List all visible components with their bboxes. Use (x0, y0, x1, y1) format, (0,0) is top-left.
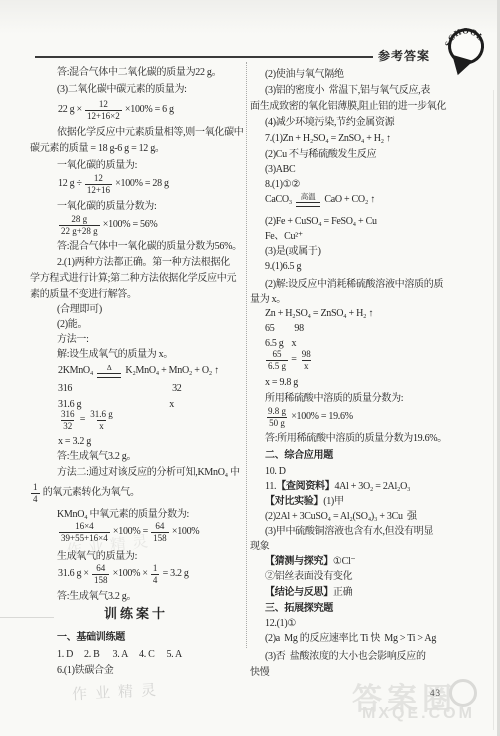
answer-line: 所用稀硫酸中溶质的质量分数为: (265, 393, 403, 406)
text-run: 【猜测与探究】 (265, 556, 333, 569)
answer-line: 一氧化碳的质量分数为: (57, 201, 156, 214)
answer-line: 6.(1)铁碳合金 (57, 665, 113, 678)
text-run: 三、拓展探究题 (265, 603, 333, 616)
spacer (154, 655, 166, 656)
text-run: (2)2Al + 3CuSO₄ = Al₂(SO₄)₃ + 3Cu 强 (265, 511, 417, 524)
text-run: 5. A (166, 649, 181, 662)
answer-line: (合理即可) (57, 304, 102, 317)
text-run: 学方程式进行计算;第二种方法依据化学反应中元 (30, 273, 236, 286)
answer-line: ②铝丝表面没有变化 (265, 571, 352, 584)
text-run: 现象 (250, 541, 269, 554)
answer-line: CaCO₃ 高温 CaO + CO₂ ↑ (265, 193, 375, 207)
text-run: 【对比实验】 (265, 496, 323, 509)
text-run: (2)a Mg 的反应速率比 Ti 快 Mg > Ti > Ag (265, 633, 436, 646)
section-heading: 三、拓展探究题 (265, 603, 333, 616)
text-run: (2)Fe + CuSO₄ = FeSO₄ + Cu (265, 216, 377, 229)
answer-line: 31632 = 31.6 gx (58, 409, 116, 432)
text-run: ×100% = 56% (101, 219, 158, 232)
fraction: 98x (300, 349, 313, 372)
answer-line: 9.8 g50 g ×100% = 19.6% (265, 406, 353, 429)
text-run: 正确 (333, 587, 352, 600)
text-run: ×100% × (110, 568, 149, 581)
answer-line: 碳元素的质量 = 18 g-6 g = 12 g。 (30, 143, 165, 156)
section-heading: 一、基础训练题 (57, 632, 125, 645)
text-run: (3)ABC (265, 164, 295, 177)
text-run: 依据化学反应中元素质量相等,则一氧化碳中 (57, 127, 244, 140)
text-run: 2KMnO₄ (58, 365, 95, 378)
text-run: 答:生成氧气3.2 g。 (57, 451, 136, 464)
text-run: 4. C (139, 649, 154, 662)
text-run: 316 (58, 383, 72, 396)
text-run: K₂MnO₄ + MnO₂ + O₂ ↑ (123, 365, 219, 378)
fraction: 656.5 g (266, 349, 288, 372)
page-edge-line (493, 90, 494, 730)
fraction: 31632 (59, 409, 77, 432)
answer-line: (3)甲中硫酸铜溶液也含有水,但没有明显 (265, 526, 433, 539)
text-run: 量为 x。 (250, 294, 286, 307)
text-run: 12 g ÷ (58, 178, 84, 191)
text-run: (2)解:设反应中消耗稀硫酸溶液中溶质的质 (265, 279, 443, 292)
text-run: 4Al + 3O₂ = 2Al₂O₃ (334, 481, 410, 494)
spacer (72, 389, 172, 390)
text-run: 22 g × (58, 104, 84, 117)
fraction: 64158 (92, 563, 110, 586)
answer-line: (2)能。 (57, 319, 87, 332)
text-run: (3)是(或属于) (265, 246, 321, 259)
spacer (100, 655, 113, 656)
answer-line: 【对比实验】(1)甲 (265, 496, 344, 509)
answer-line: Fe、Cu²⁺ (265, 231, 303, 244)
answer-line: 9.(1)6.5 g (265, 261, 301, 274)
answer-line: x = 3.2 g (58, 436, 91, 449)
text-run: (3)否 盐酸浓度的大小也会影响反应的 (265, 651, 426, 664)
answer-line: 14 的氧元素转化为氧气。 (30, 482, 140, 505)
text-run: (3)二氧化碳中碳元素的质量为: (57, 84, 187, 97)
text-run: x = 9.8 g (265, 377, 298, 390)
text-run: 素的质量不变进行解答。 (30, 289, 137, 302)
text-run: 9.(1)6.5 g (265, 261, 301, 274)
reaction-condition: 高温 (296, 193, 320, 207)
answer-line: 答:生成氧气3.2 g。 (57, 451, 136, 464)
text-run: 的氧元素转化为氧气。 (41, 487, 140, 500)
answer-line: 【结论与反思】正确 (265, 587, 352, 600)
fraction: 14 (31, 482, 40, 505)
answer-line: (2)Cu 不与稀硫酸发生反应 (265, 149, 376, 162)
answer-line: 快慢 (250, 667, 269, 680)
answer-line: 答:混合气体中一氧化碳的质量分数为56%。 (57, 241, 242, 254)
text-run: 12.(1)① (265, 618, 296, 631)
text-run: (2)能。 (57, 319, 87, 332)
answer-line: 答:生成氧气3.2 g。 (57, 591, 136, 604)
answer-line: 7.(1)Zn + H₂SO₄ = ZnSO₄ + H₂ ↑ (265, 133, 391, 146)
text-run: ×100% = 19.6% (289, 411, 353, 424)
answer-line: (4)减少环境污染,节约金属资源 (265, 117, 394, 130)
text-run: 答:所用稀硫酸中溶质的质量分数为19.6%。 (265, 433, 447, 446)
answer-line: KMnO₄ 中氧元素的质量分数为: (57, 509, 189, 522)
answer-line: (3)二氧化碳中碳元素的质量为: (57, 84, 187, 97)
answer-line: (2)解:设反应中消耗稀硫酸溶液中溶质的质 (265, 279, 443, 292)
text-run: (1)甲 (323, 496, 343, 509)
answer-line: 解:设生成氧气的质量为 x。 (57, 349, 173, 362)
answer-line: (3)ABC (265, 164, 295, 177)
fraction: 14 (151, 563, 160, 586)
answer-line: Zn + H₂SO₄ = ZnSO₄ + H₂ ↑ (265, 308, 373, 321)
text-run: (2)使油与氧气隔绝 (265, 69, 344, 82)
text-run: CaCO₃ (265, 194, 294, 207)
answer-line: (3)铝的密度小 常温下,铝与氧气反应,表 (265, 85, 430, 98)
answer-line: 12.(1)① (265, 618, 296, 631)
page-header-title: 参考答案 (378, 47, 430, 64)
answer-line: 方法一: (57, 334, 89, 347)
answer-line: 面生成致密的氧化铝薄膜,阻止铝的进一步氧化 (250, 101, 446, 114)
answer-line: 现象 (250, 541, 269, 554)
text-run: 6.(1)铁碳合金 (57, 665, 113, 678)
text-run: 所用稀硫酸中溶质的质量分数为: (265, 393, 403, 406)
text-run: 答:混合气体中一氧化碳的质量分数为56%。 (57, 241, 242, 254)
answer-line: 学方程式进行计算;第二种方法依据化学反应中元 (30, 273, 236, 286)
text-run: CaO + CO₂ ↑ (322, 194, 375, 207)
text-run: 碳元素的质量 = 18 g-6 g = 12 g。 (30, 143, 165, 156)
answer-line: 31632 (58, 383, 182, 396)
text-run: 训练案十 (104, 606, 168, 622)
reaction-condition: Δ (97, 364, 121, 378)
text-run: ②铝丝表面没有变化 (265, 571, 352, 584)
page-number: 43 (430, 688, 441, 698)
answer-line: 8.(1)①② (265, 179, 300, 192)
text-run: (2)Cu 不与稀硫酸发生反应 (265, 149, 376, 162)
text-run: 答:生成氧气3.2 g。 (57, 591, 136, 604)
answer-line: 31.6 g × 64158 ×100% × 14 = 3.2 g (58, 563, 189, 586)
answer-line: (2)a Mg 的反应速率比 Ti 快 Mg > Ti > Ag (265, 633, 436, 646)
text-run: 1. D (57, 649, 73, 662)
header-rule (35, 56, 373, 58)
spacer (128, 655, 139, 656)
answer-line: (2)Fe + CuSO₄ = FeSO₄ + Cu (265, 216, 377, 229)
text-run: 32 (172, 383, 181, 396)
text-run: (合理即可) (57, 304, 102, 317)
text-run: 【结论与反思】 (265, 587, 333, 600)
answer-line: 6598 (265, 323, 304, 336)
text-run: 一氧化碳的质量为: (57, 160, 137, 173)
text-run: Fe、Cu²⁺ (265, 231, 303, 244)
text-run: ×100% = 6 g (123, 104, 174, 117)
text-run: 解:设生成氧气的质量为 x。 (57, 349, 173, 362)
scanned-answer-page: 参考答案 SCHOOL 答:混合气体中二氧化碳的质量为22 g。(3)二氧化碳中… (0, 0, 500, 736)
text-run: ①Cl⁻ (333, 556, 356, 569)
text-run: 【查阅资料】 (276, 481, 334, 494)
text-run: 2.(1)两种方法都正确。第一种方法根据化 (57, 257, 230, 270)
text-run: (4)减少环境污染,节约金属资源 (265, 117, 394, 130)
text-run: 10. D (265, 466, 286, 479)
text-run: (3)甲中硫酸铜溶液也含有水,但没有明显 (265, 526, 433, 539)
text-run: 98 (294, 323, 303, 336)
answer-line: (2)使油与氧气隔绝 (265, 69, 344, 82)
column-divider (246, 62, 247, 648)
spacer (284, 344, 292, 345)
text-run: 3. A (113, 649, 128, 662)
spacer (73, 655, 84, 656)
answer-line: 28 g22 g+28 g ×100% = 56% (58, 214, 157, 237)
answer-line: 12 g ÷ 1212+16 ×100% = 28 g (58, 173, 169, 196)
text-run: = (289, 354, 299, 367)
fraction: 1212+16 (85, 173, 112, 196)
watermark-logo-icon (449, 679, 477, 707)
answer-line: 素的质量不变进行解答。 (30, 289, 137, 302)
answer-line: 10. D (265, 466, 286, 479)
answer-line: (2)2Al + 3CuSO₄ = Al₂(SO₄)₃ + 3Cu 强 (265, 511, 417, 524)
text-run: (3)铝的密度小 常温下,铝与氧气反应,表 (265, 85, 430, 98)
text-run: Zn + H₂SO₄ = ZnSO₄ + H₂ ↑ (265, 308, 373, 321)
text-run: KMnO₄ 中氧元素的质量分数为: (57, 509, 189, 522)
answer-line: 答:所用稀硫酸中溶质的质量分数为19.6%。 (265, 433, 447, 446)
spacer (274, 329, 294, 330)
section-heading: 二、综合应用题 (265, 450, 333, 463)
text-run: 65 (265, 323, 274, 336)
answer-line: 22 g × 1212+16×2 ×100% = 6 g (58, 99, 174, 122)
fraction: 1212+16×2 (85, 99, 122, 122)
fraction: 28 g22 g+28 g (59, 214, 100, 237)
text-run: 一氧化碳的质量分数为: (57, 201, 156, 214)
text-run: x (169, 399, 174, 412)
answer-line: 656.5 g = 98x (265, 349, 314, 372)
text-run: 答:混合气体中二氧化碳的质量为22 g。 (57, 67, 221, 80)
answer-line: 一氧化碳的质量为: (57, 160, 137, 173)
text-run: 7.(1)Zn + H₂SO₄ = ZnSO₄ + H₂ ↑ (265, 133, 391, 146)
text-run: 方法一: (57, 334, 89, 347)
answer-line: (3)否 盐酸浓度的大小也会影响反应的 (265, 651, 426, 664)
answer-line: 2.(1)两种方法都正确。第一种方法根据化 (57, 257, 230, 270)
text-run: ×100% (170, 526, 200, 539)
text-run: 11. (265, 481, 276, 494)
answer-line: 2KMnO₄ Δ K₂MnO₄ + MnO₂ + O₂ ↑ (58, 364, 219, 378)
text-run: 31.6 g × (58, 568, 91, 581)
text-run: 一、基础训练题 (57, 632, 125, 645)
fraction: 31.6 gx (88, 409, 115, 432)
answer-line: x = 9.8 g (265, 377, 298, 390)
school-pin-logo-icon: SCHOOL (430, 23, 498, 85)
text-run: 二、综合应用题 (265, 450, 333, 463)
text-run: ×100% = 28 g (113, 178, 169, 191)
watermark-side: 作业精灵 (72, 679, 165, 705)
text-run: = 3.2 g (160, 568, 188, 581)
text-run: 面生成致密的氧化铝薄膜,阻止铝的进一步氧化 (250, 101, 446, 114)
answer-line: 【猜测与探究】①Cl⁻ (265, 556, 355, 569)
text-run: 8.(1)①② (265, 179, 300, 192)
answer-line: 1. D2. B3. A4. C5. A (57, 649, 182, 662)
watermark-site: MXQE.COM (362, 705, 475, 723)
text-run: 方法二:通过对该反应的分析可知,KMnO₄ 中 (57, 467, 240, 480)
answer-line: 答:混合气体中二氧化碳的质量为22 g。 (57, 67, 221, 80)
answer-line: (3)是(或属于) (265, 246, 321, 259)
text-run: 2. B (84, 649, 99, 662)
spacer (81, 405, 169, 406)
lesson-heading: 训练案十 (30, 606, 242, 622)
fraction: 9.8 g50 g (266, 406, 288, 429)
answer-line: 量为 x。 (250, 294, 286, 307)
answer-line: 依据化学反应中元素质量相等,则一氧化碳中 (57, 127, 244, 140)
text-run: 快慢 (250, 667, 269, 680)
answer-line: 11.【查阅资料】4Al + 3O₂ = 2Al₂O₃ (265, 481, 410, 494)
text-run: = (78, 414, 88, 427)
text-run: x = 3.2 g (58, 436, 91, 449)
answer-line: 方法二:通过对该反应的分析可知,KMnO₄ 中 (57, 467, 240, 480)
